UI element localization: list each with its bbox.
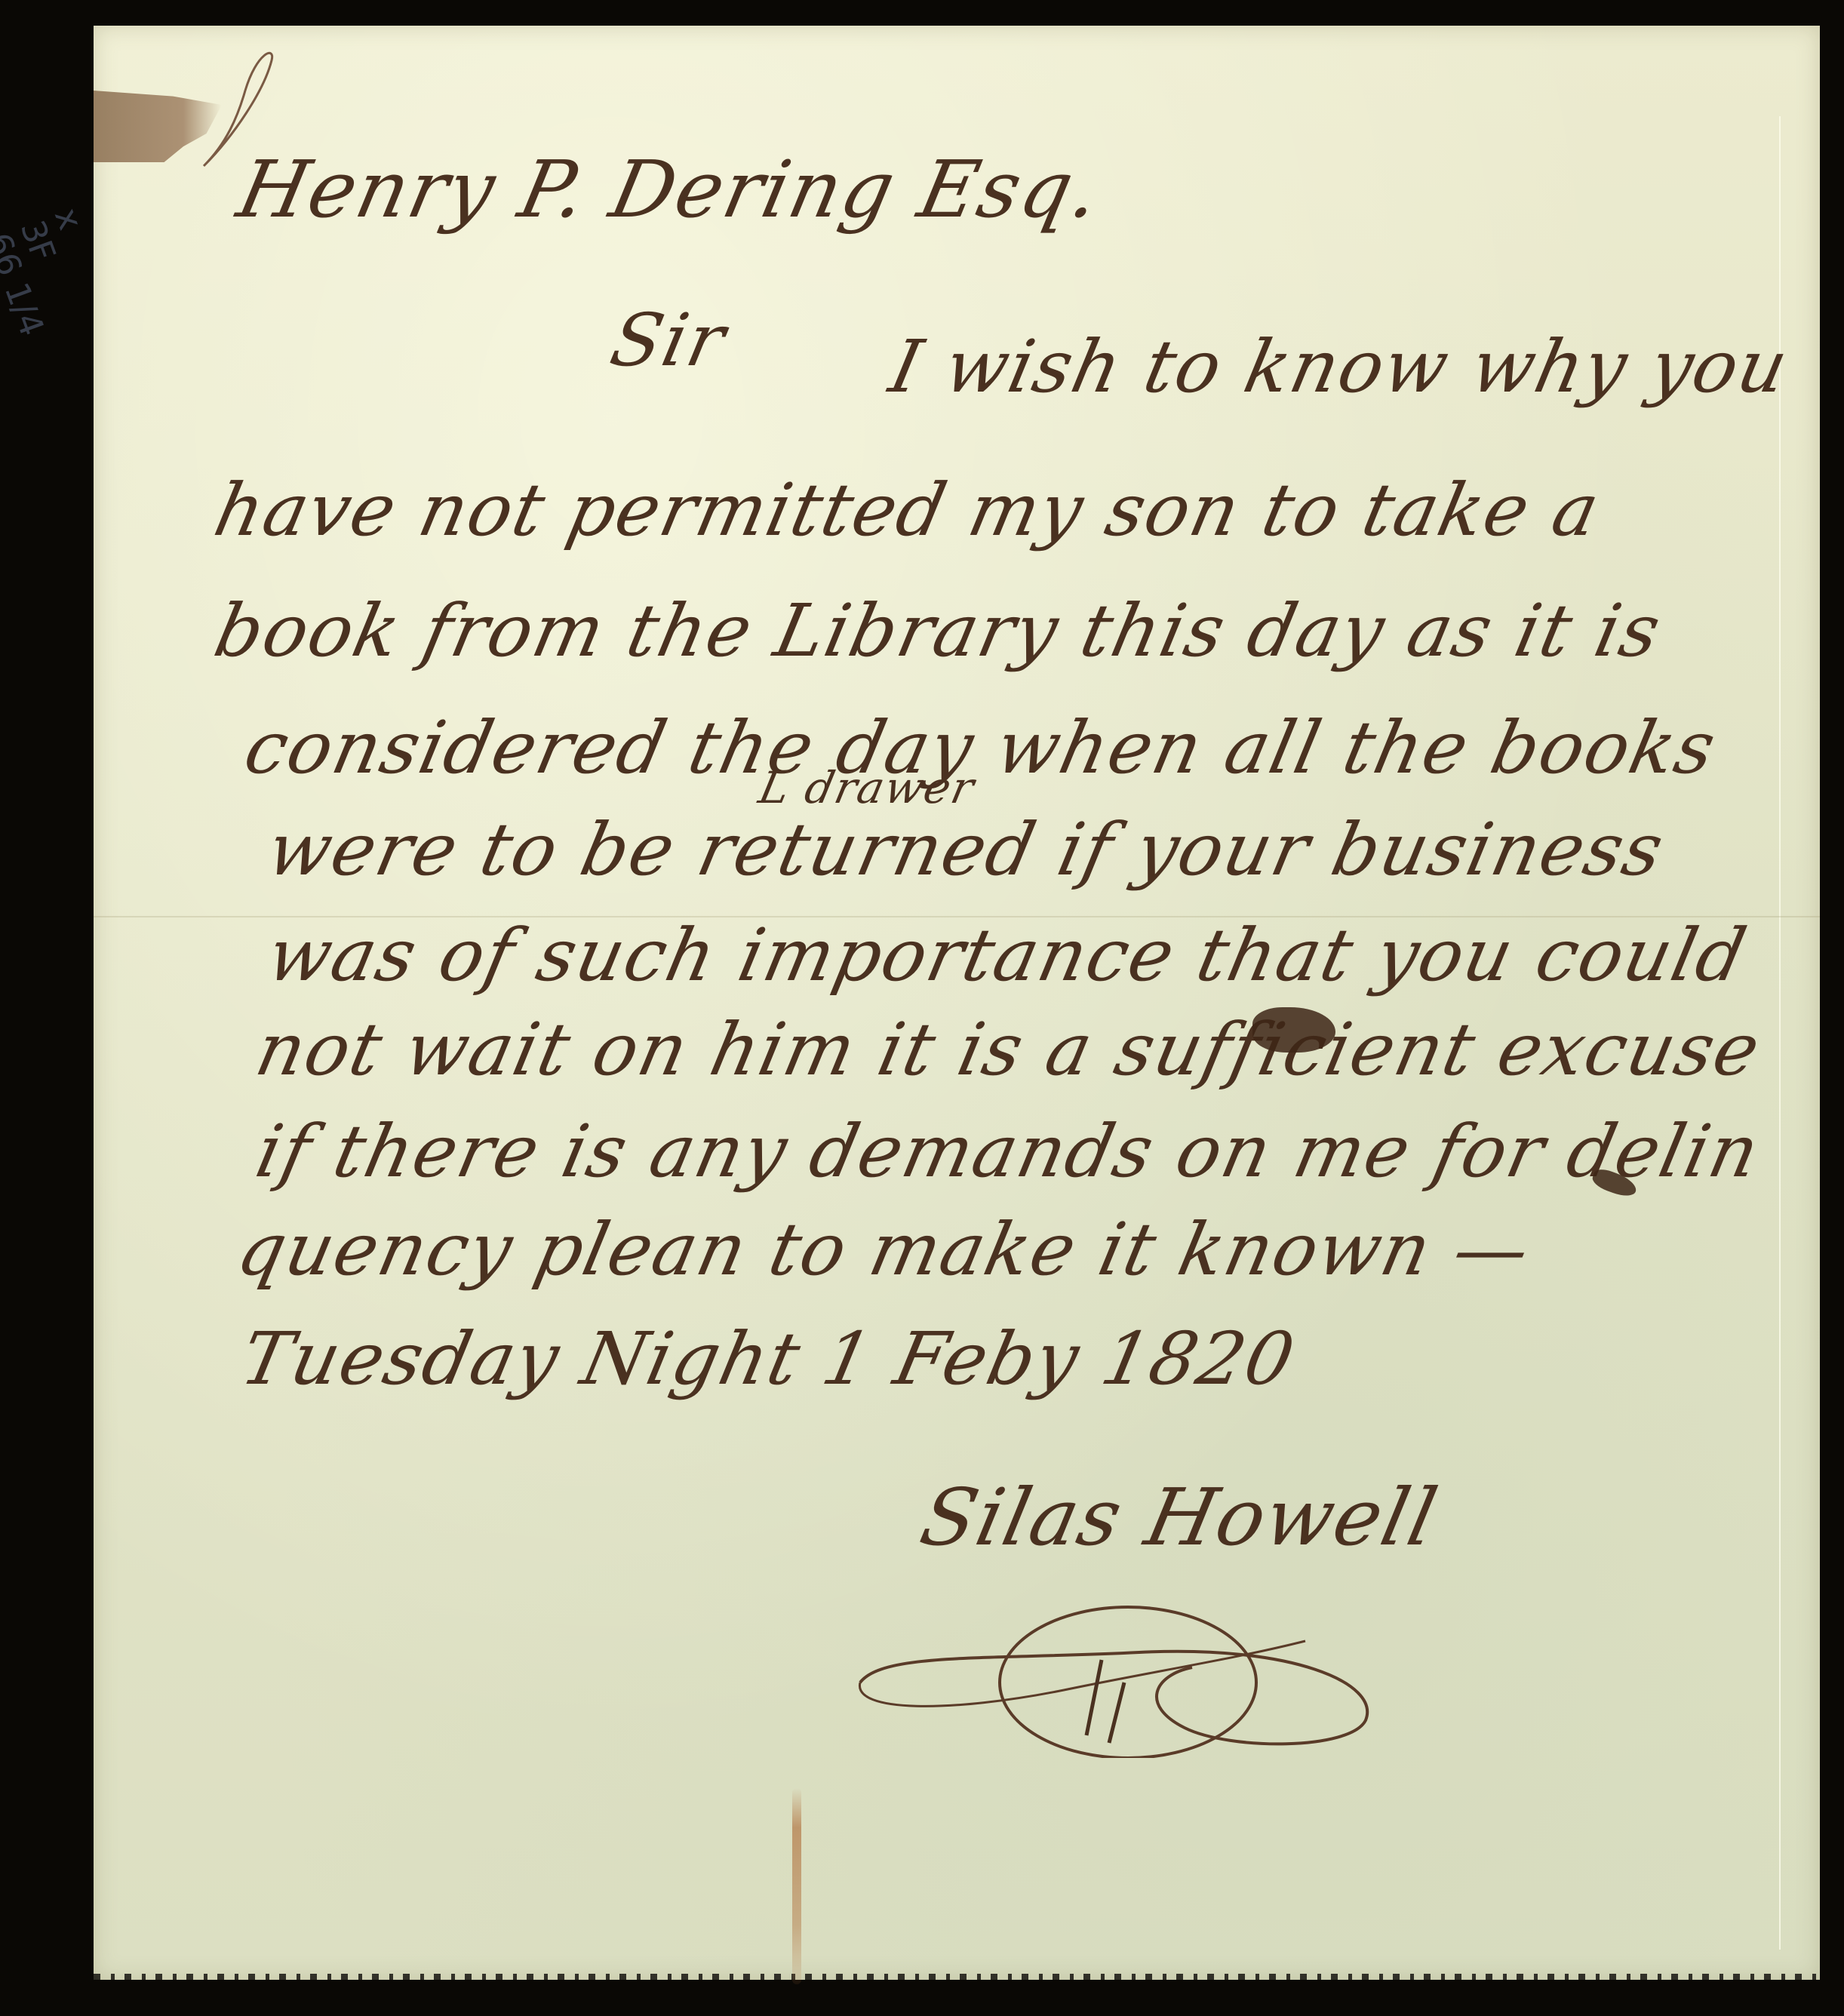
salutation: Sir xyxy=(604,298,733,383)
signature-flourish-icon xyxy=(837,1569,1441,1758)
letter-line-7: not wait on him it is a sufficient excus… xyxy=(249,1007,1769,1092)
letter-line-6: was of such importance that you could xyxy=(260,913,1754,997)
letter-line-2: have not permitted my son to take a xyxy=(207,468,1608,552)
letter-line-5: were to be returned if your business xyxy=(260,807,1672,892)
addressee: Henry P. Dering Esq. xyxy=(230,143,1109,235)
letter-line-8: if there is any demands on me for delin xyxy=(249,1109,1768,1194)
interlinear-insertion: L drawer xyxy=(755,762,980,813)
water-stain xyxy=(792,1788,801,1984)
letter-line-3: book from the Library this day as it is xyxy=(207,589,1669,673)
dateline: Tuesday Night 1 Feby 1820 xyxy=(234,1317,1303,1401)
letter-line-4: considered the day when all the books xyxy=(238,705,1724,790)
letter-line-1: I wish to know why you xyxy=(883,324,1796,409)
letter-line-9: quency plean to make it known — xyxy=(230,1207,1538,1292)
signature: Silas Howell xyxy=(913,1471,1446,1563)
